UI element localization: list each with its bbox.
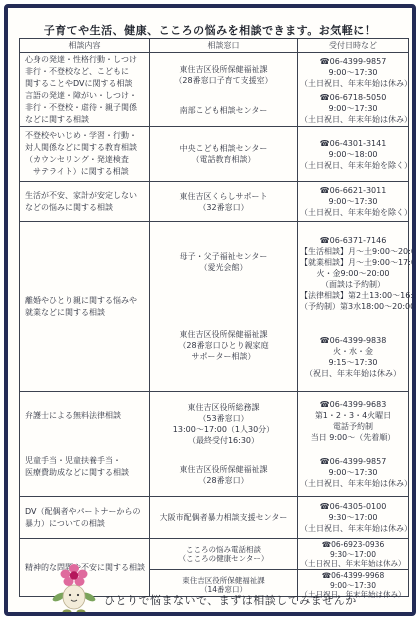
phone-number: ☎06-4301-3141 — [300, 138, 406, 149]
topic-block: DV（配偶者やパートナーからの暴力）についての相談 — [25, 506, 147, 530]
window-block: 母子・父子福祉センター（愛光会館） — [152, 251, 295, 273]
page-title: 子育てや生活、健康、こころの悩みを相談できます。お気軽に！ — [8, 22, 412, 38]
table-section: DV（配偶者やパートナーからの暴力）についての相談大阪市配偶者暴力相談支援センタ… — [20, 496, 408, 538]
text-line: 弁護士による無料法律相談 — [25, 410, 147, 422]
text-line: 電話予約制 — [300, 421, 406, 432]
window-cell: 大阪市配偶者暴力相談支援センター — [150, 497, 298, 538]
text-line: サテライト）に関する相談 — [25, 166, 147, 178]
text-line: こころの悩み電話相談 — [152, 545, 295, 555]
text-line: などの悩みに関する相談 — [25, 202, 147, 214]
text-line: 児童手当・児童扶養手当・ — [25, 455, 147, 467]
window-block: 東住吉区役所保健福祉課（28番窓口子育て支援室） — [152, 64, 295, 86]
text-line: 東住吉区役所総務課 — [152, 402, 295, 413]
table-section: 弁護士による無料法律相談児童手当・児童扶養手当・医療費助成などに関する相談東住吉… — [20, 391, 408, 496]
window-cell: 中央こども相談センター（電話教育相談） — [150, 127, 298, 181]
text-line: などに関する相談 — [25, 114, 147, 126]
text-line: 言語の発達・障がい・しつけ・ — [25, 90, 147, 102]
text-line: 不登校やいじめ・学習・行動・ — [25, 130, 147, 142]
text-line: 東住吉区くらしサポート — [152, 191, 295, 202]
text-line: （土日祝日、年末年始は休み） — [300, 78, 406, 89]
column-header: 相談窓口 — [150, 39, 298, 52]
text-line: 9:00～18:00 — [300, 149, 406, 160]
window-block: 東住吉区役所保健福祉課（28番窓口ひとり親家庭サポーター相談） — [152, 329, 295, 362]
text-line: 【就業相談】月～土9:00～17:00 — [300, 257, 406, 268]
text-line: 東住吉区役所保健福祉課 — [152, 329, 295, 340]
window-block: 東住吉区役所総務課（53番窓口）13:00～17:00（1人30分）（最終受付1… — [152, 402, 295, 446]
text-line: 9:15～17:30 — [300, 357, 406, 368]
text-line: 離婚やひとり親に関する悩みや — [25, 295, 147, 307]
topic-block: 児童手当・児童扶養手当・医療費助成などに関する相談 — [25, 455, 147, 479]
phone-number: ☎06-4399-9683 — [300, 399, 406, 410]
table-section: 生活が不安、家計が安定しないなどの悩みに関する相談東住吉区くらしサポート（32番… — [20, 181, 408, 221]
text-line: （28番窓口ひとり親家庭 — [152, 340, 295, 351]
flower-mascot-icon — [52, 564, 96, 616]
reception-cell: ☎06-4301-31419:00～18:00（土日祝日、年末年始を除く） — [298, 127, 408, 181]
text-line: 関することやDVに関する相談 — [25, 78, 147, 90]
topic-cell: 不登校やいじめ・学習・行動・対人関係などに関する教育相談（カウンセリング・発達検… — [20, 127, 150, 181]
text-line: （予約制）第3水18:00～20:00 — [300, 301, 406, 312]
topic-cell: 心身の発達・性格行動・しつけ非行・不登校など、こどもに関することやDVに関する相… — [20, 53, 150, 127]
reception-cell: ☎06-4399-9683第1・2・3・4火曜日電話予約制当日 9:00～（先着… — [298, 392, 408, 496]
reception-block: ☎06-4305-01009:30～17:00（土日祝日、年末年始は休み） — [300, 501, 406, 534]
phone-number: ☎06-6923-0936 — [300, 540, 406, 550]
sub-rows: こころの悩み電話相談（こころの健康センター）☎06-6923-09369:30～… — [150, 539, 408, 597]
reception-block: ☎06-4399-98579:00～17:30（土日祝日、年末年始は休み） — [300, 56, 406, 89]
text-line: 母子・父子福祉センター — [152, 251, 295, 262]
topic-block: 弁護士による無料法律相談 — [25, 410, 147, 422]
window-block: 東住吉区くらしサポート（32番窓口） — [152, 191, 295, 213]
text-line: （土日祝日、年末年始は休み） — [300, 478, 406, 489]
reception-cell: ☎06-4399-98579:00～17:30（土日祝日、年末年始は休み）☎06… — [298, 53, 408, 127]
window-cell: 東住吉区くらしサポート（32番窓口） — [150, 182, 298, 221]
text-line: 非行・不登校など、こどもに — [25, 66, 147, 78]
window-block: こころの悩み電話相談（こころの健康センター） — [152, 545, 295, 564]
text-line: 13:00～17:00（1人30分） — [152, 424, 295, 435]
topic-block: 言語の発達・障がい・しつけ・非行・不登校・虐待・親子関係などに関する相談 — [25, 90, 147, 126]
reception-cell: ☎06-6923-09369:30～17:00（土日祝日、年末年始は休み） — [298, 539, 408, 570]
text-line: （電話教育相談） — [152, 154, 295, 165]
text-line: 9:00～17:30 — [300, 467, 406, 478]
phone-number: ☎06-4305-0100 — [300, 501, 406, 512]
text-line: 9:00～17:30 — [300, 196, 406, 207]
topic-cell: DV（配偶者やパートナーからの暴力）についての相談 — [20, 497, 150, 538]
window-block: 南部こども相談センター — [152, 105, 295, 116]
phone-number: ☎06-4399-9838 — [300, 335, 406, 346]
text-line: 9:30～17:00 — [300, 512, 406, 523]
text-line: （愛光会館） — [152, 262, 295, 273]
window-block: 中央こども相談センター（電話教育相談） — [152, 143, 295, 165]
text-line: 9:00～17:30 — [300, 103, 406, 114]
window-cell: 東住吉区役所保健福祉課（28番窓口子育て支援室）南部こども相談センター — [150, 53, 298, 127]
text-line: （土日祝日、年末年始は休み） — [300, 559, 406, 569]
text-line: 生活が不安、家計が安定しない — [25, 190, 147, 202]
text-line: 大阪市配偶者暴力相談支援センター — [152, 512, 295, 523]
phone-number: ☎06-6718-5050 — [300, 92, 406, 103]
text-line: DV（配偶者やパートナーからの — [25, 506, 147, 518]
table-section: 離婚やひとり親に関する悩みや就業などに関する相談母子・父子福祉センター（愛光会館… — [20, 221, 408, 391]
reception-block: ☎06-4301-31419:00～18:00（土日祝日、年末年始を除く） — [300, 138, 406, 171]
phone-number: ☎06-6621-3011 — [300, 185, 406, 196]
table-section: 不登校やいじめ・学習・行動・対人関係などに関する教育相談（カウンセリング・発達検… — [20, 126, 408, 181]
reception-block: ☎06-4399-9838火・水・金9:15～17:30（祝日、年末年始は休み） — [300, 335, 406, 379]
reception-block: ☎06-6621-30119:00～17:30（土日祝日、年末年始を除く） — [300, 185, 406, 218]
text-line: （祝日、年末年始は休み） — [300, 368, 406, 379]
text-line: 医療費助成などに関する相談 — [25, 467, 147, 479]
text-line: （土日祝日、年末年始は休み） — [300, 523, 406, 534]
document-page: 子育てや生活、健康、こころの悩みを相談できます。お気軽に！ 相談内容相談窓口受付… — [4, 4, 416, 616]
text-line: （53番窓口） — [152, 413, 295, 424]
text-line: （28番窓口） — [152, 475, 295, 486]
text-line: 第1・2・3・4火曜日 — [300, 410, 406, 421]
text-line: 火・金9:00～20:00 — [300, 268, 406, 279]
text-line: 火・水・金 — [300, 346, 406, 357]
reception-cell: ☎06-6621-30119:00～17:30（土日祝日、年末年始を除く） — [298, 182, 408, 221]
window-block: 東住吉区役所保健福祉課（28番窓口） — [152, 464, 295, 486]
text-line: （土日祝日、年末年始を除く） — [300, 160, 406, 171]
topic-block: 離婚やひとり親に関する悩みや就業などに関する相談 — [25, 295, 147, 319]
phone-number: ☎06-4399-9857 — [300, 456, 406, 467]
text-line: 対人関係などに関する教育相談 — [25, 142, 147, 154]
window-cell: 東住吉区役所総務課（53番窓口）13:00～17:00（1人30分）（最終受付1… — [150, 392, 298, 496]
text-line: 9:00～17:30 — [300, 581, 406, 591]
text-line: 9:30～17:00 — [300, 550, 406, 560]
text-line: 東住吉区役所保健福祉課 — [152, 464, 295, 475]
topic-block: 心身の発達・性格行動・しつけ非行・不登校など、こどもに関することやDVに関する相… — [25, 54, 147, 90]
phone-number: ☎06-6371-7146 — [300, 235, 406, 246]
text-line: サポーター相談） — [152, 351, 295, 362]
footer-message: ひとりで悩まないで、まずは相談してみませんか — [104, 592, 357, 608]
phone-number: ☎06-4399-9968 — [300, 571, 406, 581]
reception-block: ☎06-6718-50509:00～17:30（土日祝日、年末年始は休み） — [300, 92, 406, 125]
topic-block: 生活が不安、家計が安定しないなどの悩みに関する相談 — [25, 190, 147, 214]
text-line: 東住吉区役所保健福祉課 — [152, 576, 295, 586]
text-line: （カウンセリング・発達検査 — [25, 154, 147, 166]
column-header: 受付日時など — [298, 39, 408, 52]
text-line: （最終受付16:30） — [152, 435, 295, 446]
text-line: 当日 9:00～（先着順） — [300, 432, 406, 443]
topic-cell: 生活が不安、家計が安定しないなどの悩みに関する相談 — [20, 182, 150, 221]
text-line: （こころの健康センター） — [152, 554, 295, 564]
reception-block: ☎06-6923-09369:30～17:00（土日祝日、年末年始は休み） — [300, 540, 406, 569]
reception-cell: ☎06-6371-7146【生活相談】月～土9:00～20:00【就業相談】月～… — [298, 222, 408, 391]
reception-cell: ☎06-4305-01009:30～17:00（土日祝日、年末年始は休み） — [298, 497, 408, 538]
text-line: 9:00～17:30 — [300, 67, 406, 78]
text-line: 南部こども相談センター — [152, 105, 295, 116]
text-line: （28番窓口子育て支援室） — [152, 75, 295, 86]
reception-block: ☎06-4399-98579:00～17:30（土日祝日、年末年始は休み） — [300, 456, 406, 489]
text-line: 東住吉区役所保健福祉課 — [152, 64, 295, 75]
text-line: 心身の発達・性格行動・しつけ — [25, 54, 147, 66]
topic-cell: 離婚やひとり親に関する悩みや就業などに関する相談 — [20, 222, 150, 391]
consultation-table: 相談内容相談窓口受付日時など 心身の発達・性格行動・しつけ非行・不登校など、こど… — [19, 38, 409, 597]
text-line: 就業などに関する相談 — [25, 307, 147, 319]
table-sub-row: こころの悩み電話相談（こころの健康センター）☎06-6923-09369:30～… — [150, 539, 408, 569]
topic-cell: 弁護士による無料法律相談児童手当・児童扶養手当・医療費助成などに関する相談 — [20, 392, 150, 496]
text-line: （32番窓口） — [152, 202, 295, 213]
reception-block: ☎06-4399-9683第1・2・3・4火曜日電話予約制当日 9:00～（先着… — [300, 399, 406, 443]
topic-block: 不登校やいじめ・学習・行動・対人関係などに関する教育相談（カウンセリング・発達検… — [25, 130, 147, 178]
text-line: （土日祝日、年末年始を除く） — [300, 207, 406, 218]
phone-number: ☎06-4399-9857 — [300, 56, 406, 67]
text-line: （土日祝日、年末年始は休み） — [300, 114, 406, 125]
table-section: 心身の発達・性格行動・しつけ非行・不登校など、こどもに関することやDVに関する相… — [20, 52, 408, 126]
text-line: 【法律相談】第2土13:00～16:00 — [300, 290, 406, 301]
table-header-row: 相談内容相談窓口受付日時など — [20, 39, 408, 52]
column-header: 相談内容 — [20, 39, 150, 52]
text-line: 【生活相談】月～土9:00～20:00 — [300, 246, 406, 257]
text-line: （面談は予約制） — [300, 279, 406, 290]
window-cell: 母子・父子福祉センター（愛光会館）東住吉区役所保健福祉課（28番窓口ひとり親家庭… — [150, 222, 298, 391]
text-line: 暴力）についての相談 — [25, 518, 147, 530]
reception-block: ☎06-6371-7146【生活相談】月～土9:00～20:00【就業相談】月～… — [300, 235, 406, 312]
text-line: 中央こども相談センター — [152, 143, 295, 154]
window-cell: こころの悩み電話相談（こころの健康センター） — [150, 539, 298, 570]
window-block: 大阪市配偶者暴力相談支援センター — [152, 512, 295, 523]
text-line: 非行・不登校・虐待・親子関係 — [25, 102, 147, 114]
